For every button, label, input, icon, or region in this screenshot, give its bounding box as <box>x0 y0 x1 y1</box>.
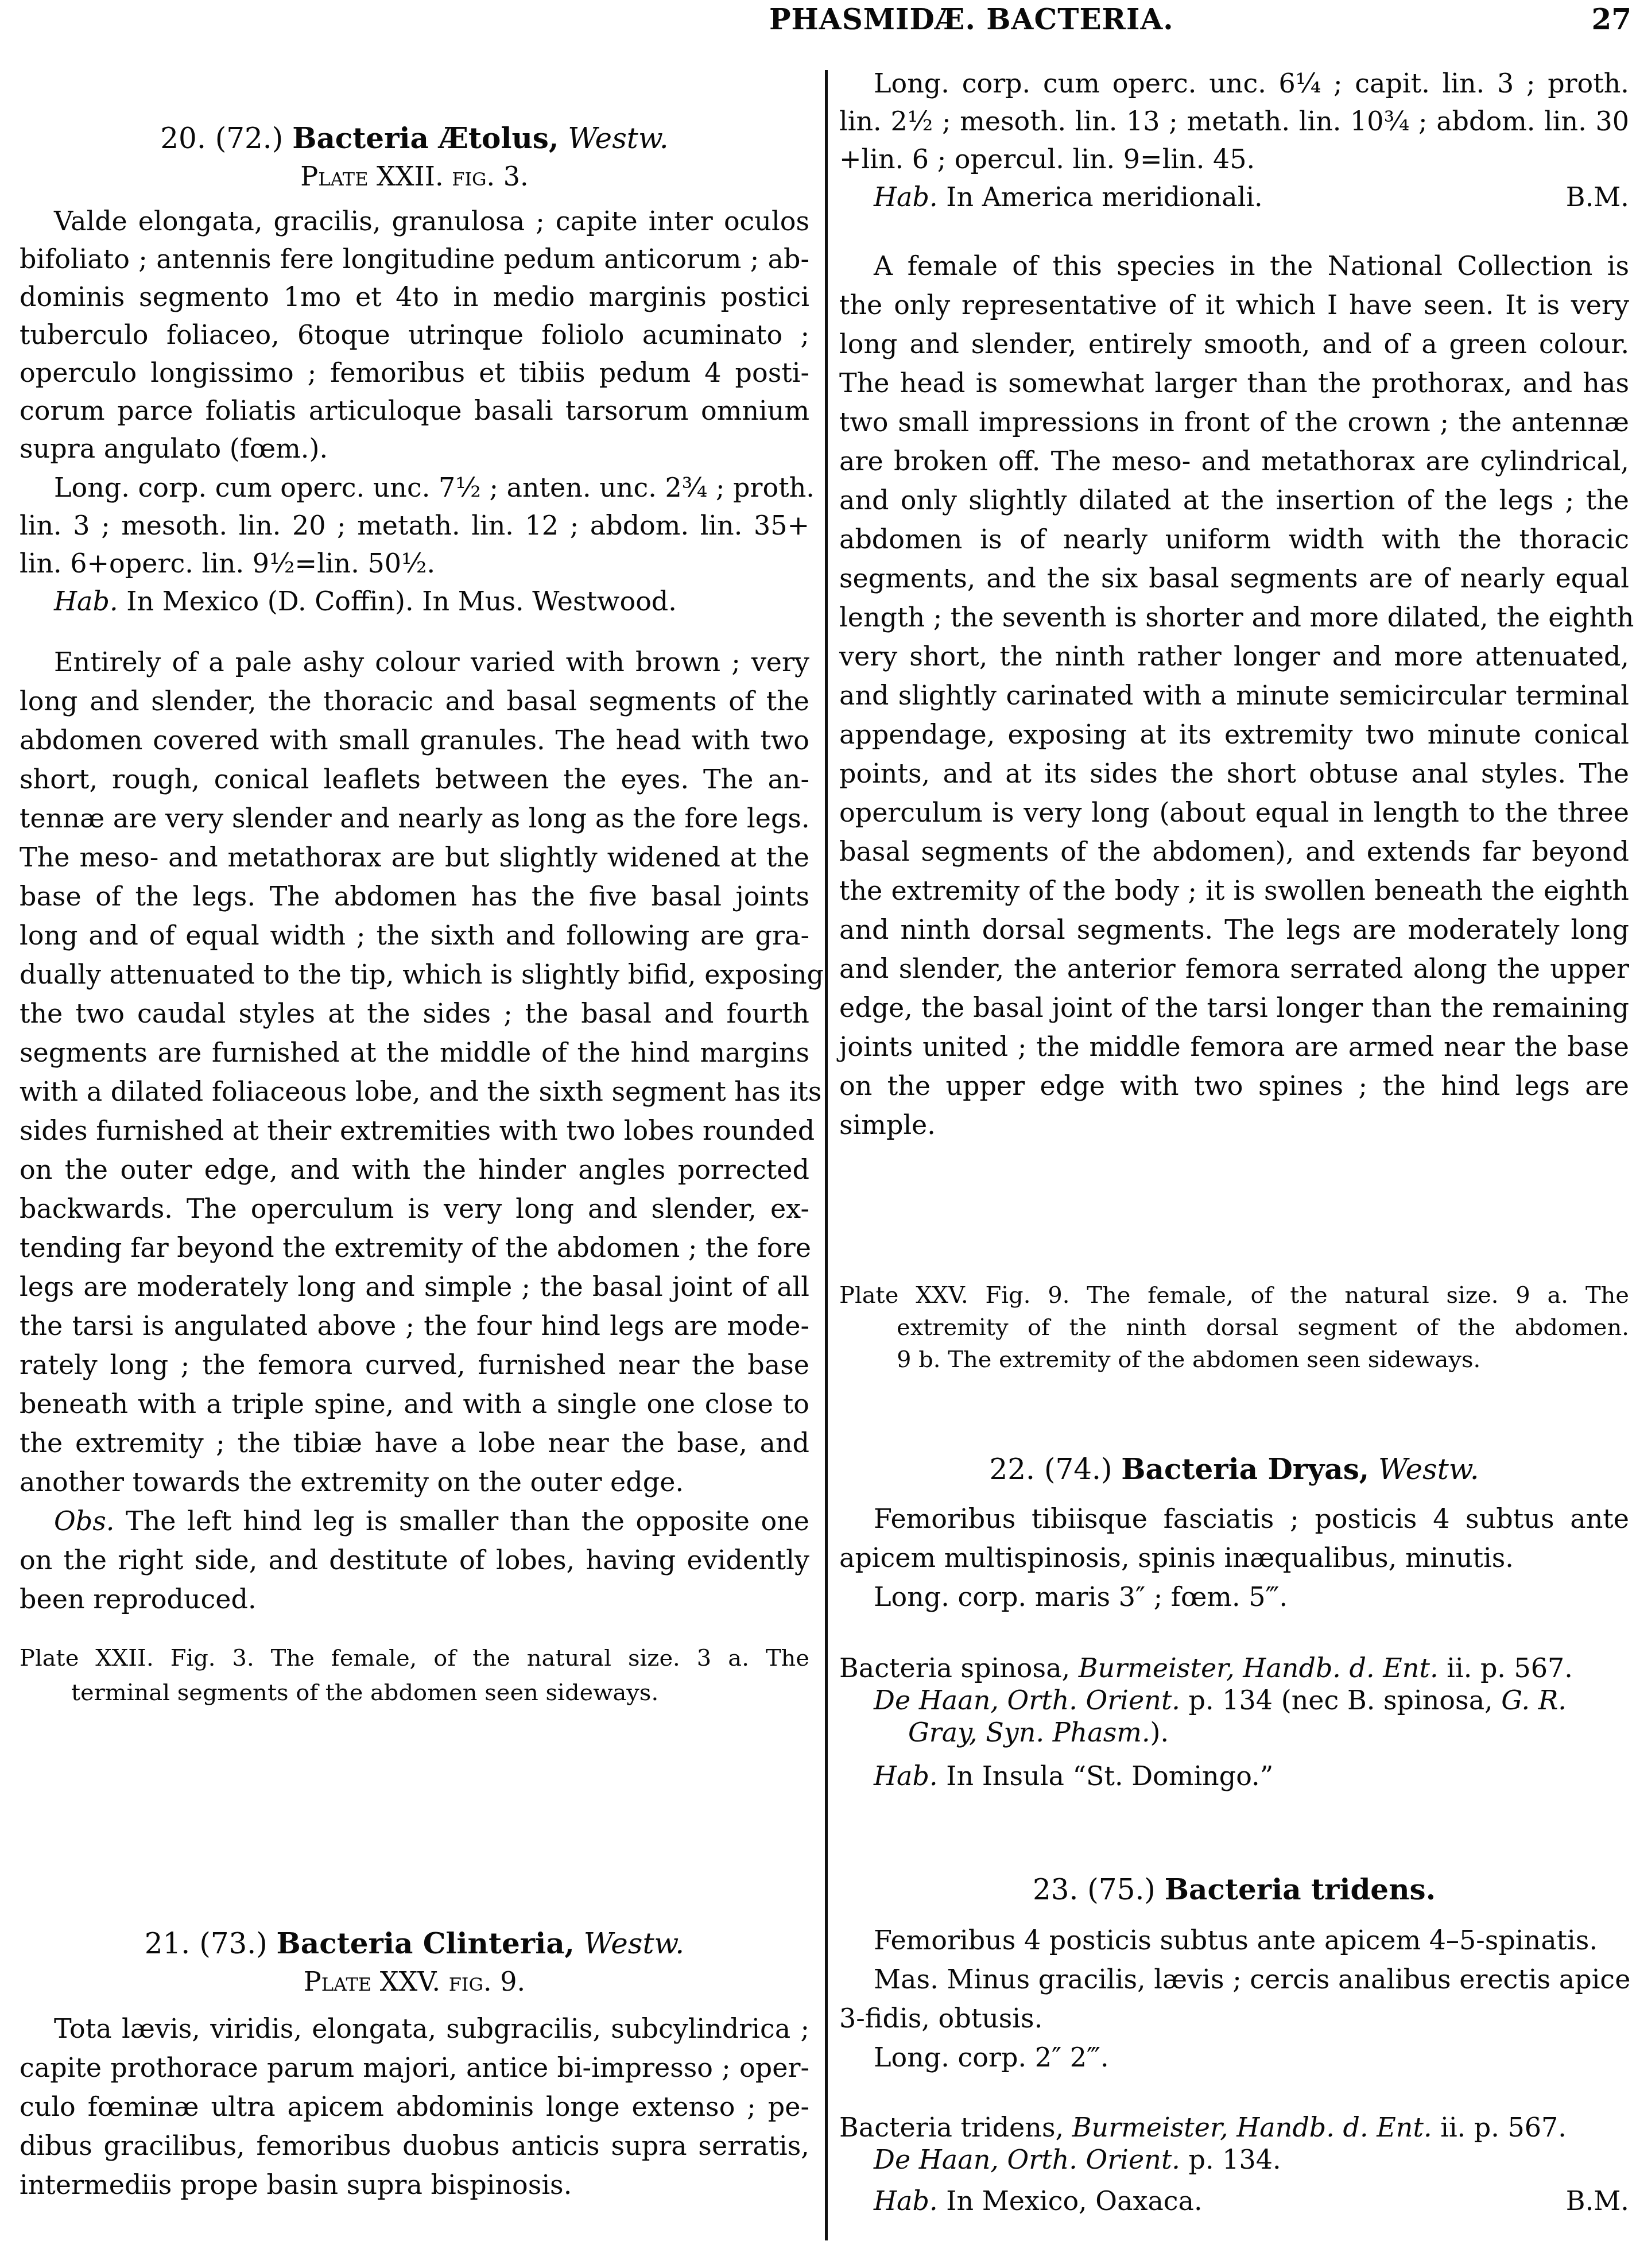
species-heading-22: 22. (74.) Bacteria Dryas, Westw. <box>839 1450 1629 1488</box>
species-name: Bacteria tridens. <box>1165 1872 1436 1906</box>
habitat: Hab. In Mexico (D. Coffin). In Mus. West… <box>20 582 809 620</box>
column-divider <box>825 70 828 2240</box>
species-heading-20: 20. (72.) Bacteria Ætolus, Westw. <box>20 119 809 157</box>
measurements: Long. corp. 2″ 2‴. <box>839 2038 1629 2076</box>
habitat: Hab. In America meridionali. B.M. <box>839 178 1629 216</box>
collection-tag: B.M. <box>1566 178 1629 216</box>
page-header: PHASMIDÆ. BACTERIA. 27 <box>0 0 1636 40</box>
running-head: PHASMIDÆ. BACTERIA. <box>769 2 1174 36</box>
plate-reference: Plate XXII. fig. 3. <box>20 157 809 195</box>
species-author: Westw. <box>568 122 668 155</box>
collection-tag: B.M. <box>1566 2182 1629 2220</box>
species-name: Bacteria Clinteria, <box>277 1926 575 1960</box>
species-name: Bacteria Dryas, <box>1121 1452 1369 1486</box>
habitat: Hab. In Insula “St. Domingo.” <box>839 1757 1629 1795</box>
plate-reference: Plate XXV. fig. 9. <box>20 1963 809 2000</box>
habitat: Hab. In Mexico, Oaxaca. B.M. <box>839 2182 1629 2220</box>
species-author: Westw. <box>584 1927 684 1960</box>
measurements: Long. corp. maris 3″ ; fœm. 5‴. <box>839 1578 1629 1616</box>
species-author: Westw. <box>1378 1453 1479 1486</box>
species-name: Bacteria Ætolus, <box>292 121 559 155</box>
page-number: 27 <box>1591 2 1631 36</box>
species-heading-21: 21. (73.) Bacteria Clinteria, Westw. <box>20 1925 809 1963</box>
species-heading-23: 23. (75.) Bacteria tridens. <box>839 1871 1629 1909</box>
latin-diagnosis: Femoribus 4 posticis subtus ante apicem … <box>839 1921 1629 1959</box>
